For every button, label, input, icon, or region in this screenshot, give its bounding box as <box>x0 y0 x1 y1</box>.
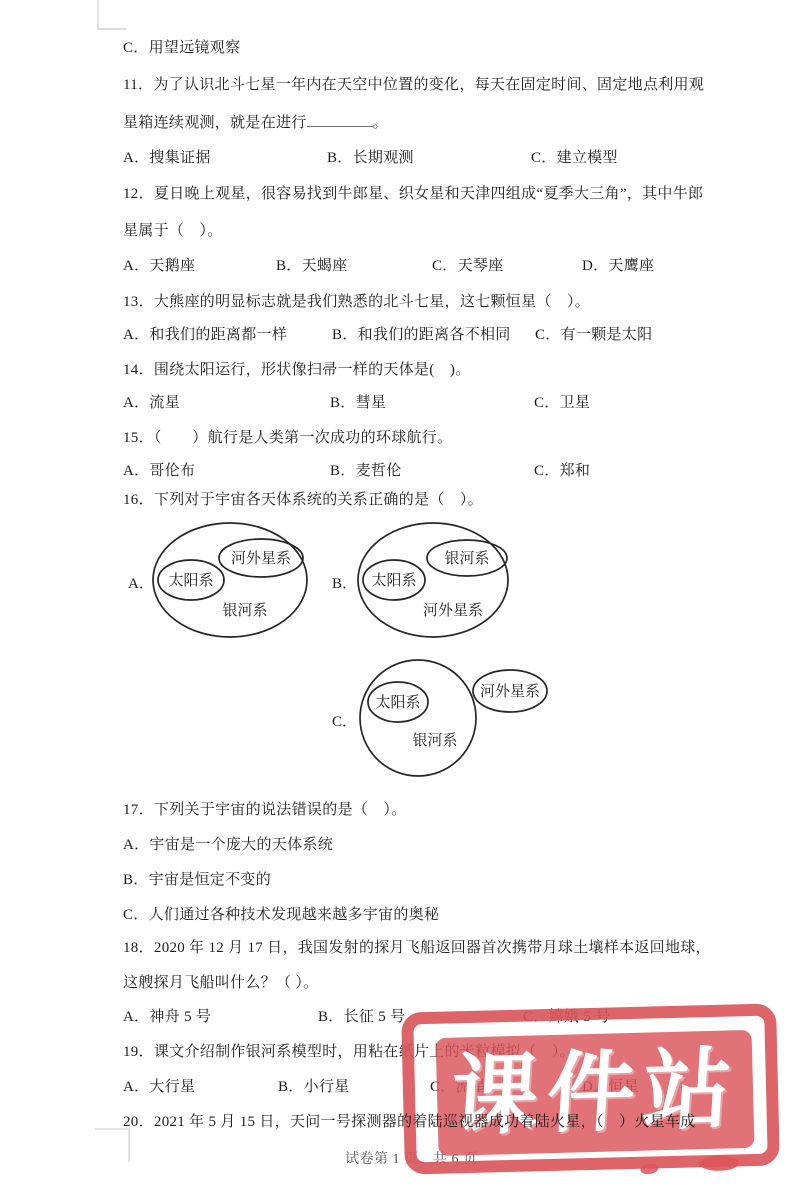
question-20-stem: 20．2021 年 5 月 15 日，天问一号探测器的着陆巡视器成功着陆火星，（… <box>123 1112 696 1132</box>
question-12-option-c: C．天琴座 <box>432 256 504 276</box>
question-15-option-c: C．郑和 <box>534 461 590 481</box>
diagram-a-outer-label: 银河系 <box>222 602 267 619</box>
scan-corner-artifact-top <box>97 0 126 30</box>
question-11-option-a: A．搜集证据 <box>123 148 211 168</box>
question-11-option-b: B．长期观测 <box>327 148 414 168</box>
diagram-c-outer-label: 银河系 <box>412 732 457 749</box>
stamp-ink-splatter <box>699 1155 739 1171</box>
question-11-stem-line-2: 星箱连续观测，就是在进行。 <box>123 112 388 133</box>
q11-stem-text: 星箱连续观测，就是在进行 <box>123 115 307 131</box>
diagram-a-extragalactic-label: 河外星系 <box>231 550 291 567</box>
question-11-stem-line-1: 11．为了认识北斗七星一年内在天空中位置的变化，每天在固定时间、固定地点利用观 <box>123 75 704 95</box>
diagram-b-milkyway-label: 银河系 <box>444 550 489 567</box>
stamp-fill-block: 课件站 <box>436 1030 755 1156</box>
diagram-b-outer-label: 河外星系 <box>423 602 483 619</box>
question-10-option-c: C．用望远镜观察 <box>123 38 240 58</box>
question-15-option-a: A．哥伦布 <box>123 461 195 481</box>
question-17-option-a: A．宇宙是一个庞大的天体系统 <box>123 835 333 855</box>
question-18-stem-line-1: 18．2020 年 12 月 17 日，我国发射的探月飞船返回器首次携带月球土壤… <box>123 938 711 958</box>
question-18-option-a: A．神舟 5 号 <box>123 1007 211 1027</box>
question-13-option-b: B．和我们的距离各不相同 <box>332 325 511 345</box>
diagram-b-solar-label: 太阳系 <box>371 572 416 589</box>
question-19-option-a: A．大行星 <box>123 1077 195 1097</box>
question-12-option-b: B．天蝎座 <box>276 256 348 276</box>
question-14-stem: 14．围绕太阳运行，形状像扫帚一样的天体是( )。 <box>123 360 471 380</box>
question-11-option-c: C．建立模型 <box>531 148 618 168</box>
question-17-option-c: C．人们通过各种技术发现越来越多宇宙的奥秘 <box>123 905 439 925</box>
question-12-stem-line-1: 12．夏日晚上观星，很容易找到牛郎星、织女星和天津四组成“夏季大三角”，其中牛郎 <box>123 184 703 204</box>
question-18-stem-line-2: 这艘探月飞船叫什么？（ ）。 <box>123 973 318 993</box>
venn-diagrams-svg: 太阳系 河外星系 银河系 太阳系 银河系 河外星系 太阳系 河外星系 银河系 <box>110 505 580 795</box>
question-14-option-b: B．彗星 <box>330 393 386 413</box>
q16-venn-diagrams-figure: 太阳系 河外星系 银河系 太阳系 银河系 河外星系 太阳系 河外星系 银河系 <box>110 505 580 795</box>
question-13-stem: 13．大熊座的明显标志就是我们熟悉的北斗七星，这七颗恒星（ ）。 <box>123 292 590 312</box>
diagram-c-solar-label: 太阳系 <box>375 694 420 711</box>
question-13-option-c: C．有一颗是太阳 <box>535 325 652 345</box>
question-14-option-a: A．流星 <box>123 393 180 413</box>
question-12-option-a: A．天鹅座 <box>123 256 195 276</box>
question-15-stem: 15．（ ）航行是人类第一次成功的环球航行。 <box>123 428 452 448</box>
question-15-option-b: B．麦哲伦 <box>330 461 402 481</box>
question-17-stem: 17．下列关于宇宙的说法错误的是（ ）。 <box>123 800 407 820</box>
diagram-c-extragalactic-label: 河外星系 <box>480 683 540 700</box>
question-17-option-b: B．宇宙是恒定不变的 <box>123 870 271 890</box>
scan-corner-artifact-bottom <box>95 1128 130 1162</box>
question-18-option-b: B．长征 5 号 <box>318 1007 405 1027</box>
question-12-stem-line-2: 星属于（ ）。 <box>123 221 223 241</box>
question-19-option-b: B．小行星 <box>278 1077 350 1097</box>
kejianzhan-watermark-stamp: 课件站 <box>402 1005 780 1174</box>
question-14-option-c: C．卫星 <box>534 393 590 413</box>
question-13-option-a: A．和我们的距离都一样 <box>123 325 287 345</box>
diagram-c-outer-circle <box>360 660 476 776</box>
exam-page: C．用望远镜观察 11．为了认识北斗七星一年内在天空中位置的变化，每天在固定时间… <box>0 0 800 1200</box>
diagram-a-solar-label: 太阳系 <box>168 572 213 589</box>
q11-answer-blank <box>307 112 373 127</box>
question-12-option-d: D．天鹰座 <box>582 256 654 276</box>
q11-stem-period: 。 <box>373 115 388 131</box>
